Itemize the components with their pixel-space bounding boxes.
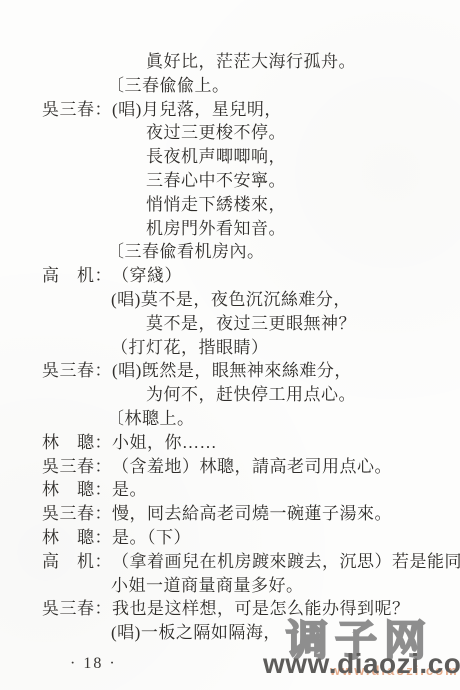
line-text: 〔三春偸看机房內。 <box>107 242 265 261</box>
line-text: 夜过三更梭不停。 <box>146 123 286 142</box>
script-line: 夜过三更梭不停。 <box>0 121 460 145</box>
speaker-name: 高 机： <box>42 264 112 288</box>
line-text: （打灯花，揩眼睛） <box>111 338 269 357</box>
script-line: 机房門外看知音。 <box>0 217 460 241</box>
script-line: 長夜机声唧唧响， <box>0 145 460 169</box>
script-line: 吳三春：(唱)月兒落，星兒明， <box>0 98 460 122</box>
script-line: 为何不，赶快停工用点心。 <box>0 383 460 407</box>
script-line: 〔三春偸偸上。 <box>0 74 460 98</box>
speaker-name: 林 聰： <box>42 526 112 550</box>
script-line: 林 聰：是。（下） <box>0 526 460 550</box>
speaker-name: 林 聰： <box>42 431 112 455</box>
page-number: · 18 · <box>70 655 117 673</box>
speaker-name: 吳三春： <box>42 455 112 479</box>
line-text: (唱)月兒落，星兒明， <box>112 100 282 119</box>
scanned-script-page: 眞好比，茫茫大海行孤舟。 〔三春偸偸上。 吳三春：(唱)月兒落，星兒明， 夜过三… <box>0 0 460 690</box>
script-line: 三春心中不安寧。 <box>0 169 460 193</box>
line-text: 是。（下） <box>112 528 191 547</box>
speaker-name: 吳三春： <box>42 98 112 122</box>
line-text: 是。 <box>112 480 147 499</box>
line-text: 悄悄走下綉楼來， <box>146 195 286 214</box>
line-text: 眞好比，茫茫大海行孤舟。 <box>146 52 356 71</box>
speaker-name: 吳三春： <box>42 597 112 621</box>
script-line: 吳三春：慢，囘去給高老司燒一碗蓮子湯來。 <box>0 502 460 526</box>
line-text: 〔三春偸偸上。 <box>107 76 230 95</box>
speaker-name: 吳三春： <box>42 359 112 383</box>
line-text: 長夜机声唧唧响， <box>146 147 286 166</box>
speaker-name: 吳三春： <box>42 502 112 526</box>
script-line: (唱)莫不是，夜色沉沉絲难分， <box>0 288 460 312</box>
script-line: 小姐一道商量商量多好。 <box>0 574 460 598</box>
speaker-name: 林 聰： <box>42 478 112 502</box>
watermark-site-url: www.diaozi.com <box>263 648 460 680</box>
script-lines: 眞好比，茫茫大海行孤舟。 〔三春偸偸上。 吳三春：(唱)月兒落，星兒明， 夜过三… <box>0 50 460 645</box>
line-text: 为何不，赶快停工用点心。 <box>146 385 356 404</box>
script-line: 高 机：（拿着画兒在机房踱來踱去，沉思）若是能同 <box>0 550 460 574</box>
line-text: 慢，囘去給高老司燒一碗蓮子湯來。 <box>112 504 392 523</box>
line-text: （拿着画兒在机房踱來踱去，沉思）若是能同 <box>112 552 460 571</box>
line-text: （含羞地）林聰，請高老司用点心。 <box>112 457 392 476</box>
script-line: 林 聰：小姐，你…… <box>0 431 460 455</box>
line-text: 莫不是，夜过三更眼無神？ <box>146 314 356 333</box>
line-text: （穿綫） <box>112 266 182 285</box>
line-text: 机房門外看知音。 <box>146 219 286 238</box>
script-line: 高 机：（穿綫） <box>0 264 460 288</box>
script-line: 林 聰：是。 <box>0 478 460 502</box>
script-line: （打灯花，揩眼睛） <box>0 336 460 360</box>
script-line: 〔三春偸看机房內。 <box>0 240 460 264</box>
script-line: 眞好比，茫茫大海行孤舟。 <box>0 50 460 74</box>
line-text: (唱)一板之隔如隔海， <box>111 623 281 642</box>
script-line: 〔林聰上。 <box>0 407 460 431</box>
line-text: 〔林聰上。 <box>107 409 195 428</box>
line-text: 小姐一道商量商量多好。 <box>111 576 304 595</box>
script-line: 莫不是，夜过三更眼無神？ <box>0 312 460 336</box>
line-text: (唱)莫不是，夜色沉沉絲难分， <box>111 290 351 309</box>
script-line: 吳三春：(唱)旣然是，眼無神來絲难分， <box>0 359 460 383</box>
script-line: 吳三春：（含羞地）林聰，請高老司用点心。 <box>0 455 460 479</box>
script-line: 悄悄走下綉楼來， <box>0 193 460 217</box>
line-text: 小姐，你…… <box>112 433 217 452</box>
line-text: (唱)旣然是，眼無神來絲难分， <box>112 361 352 380</box>
speaker-name: 高 机： <box>42 550 112 574</box>
line-text: 三春心中不安寧。 <box>146 171 286 190</box>
